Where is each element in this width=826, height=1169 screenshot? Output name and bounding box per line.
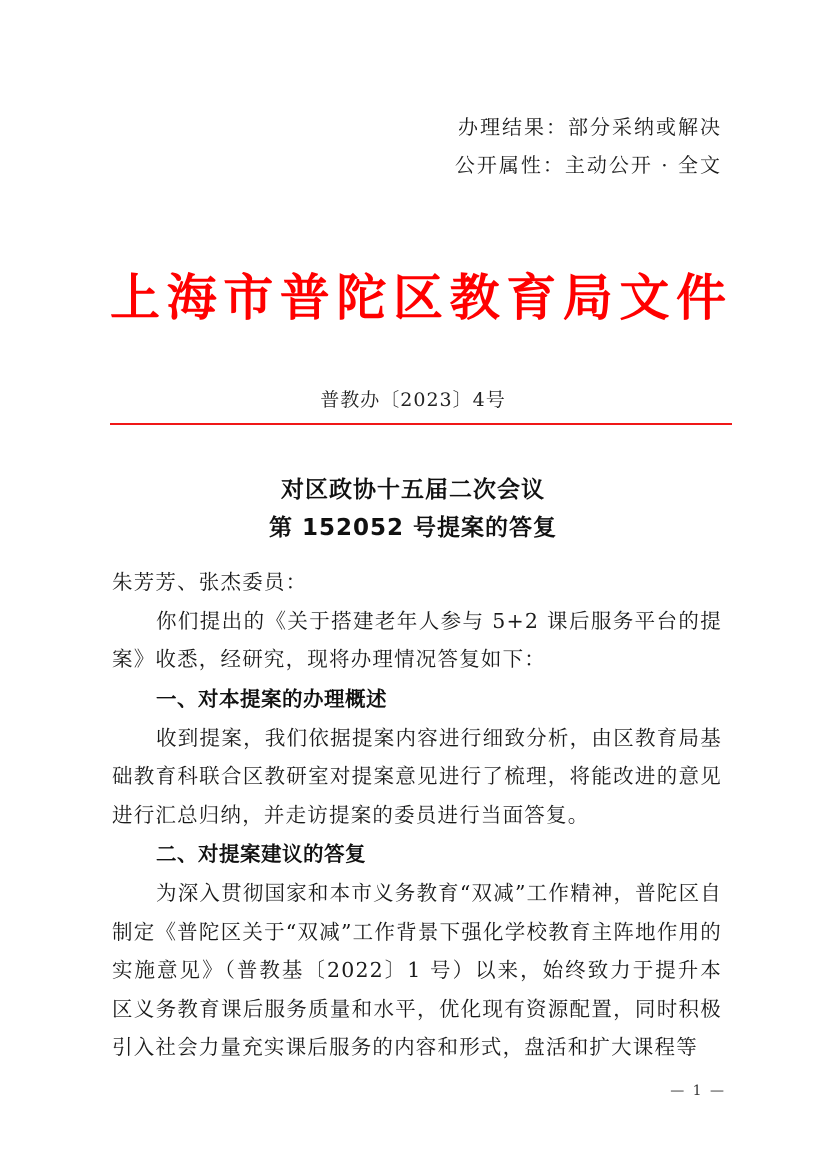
page-number: — 1 — bbox=[670, 1083, 726, 1099]
document-number: 普教办〔2023〕4号 bbox=[0, 385, 826, 412]
salutation: 朱芳芳、张杰委员： bbox=[112, 563, 722, 602]
subject-title-line2: 第 152052 号提案的答复 bbox=[0, 509, 826, 542]
red-divider bbox=[110, 423, 732, 425]
handling-result: 办理结果：部分采纳或解决 bbox=[458, 111, 722, 140]
subject-title-line1: 对区政协十五届二次会议 bbox=[0, 471, 826, 504]
document-header-title: 上海市普陀区教育局文件 bbox=[110, 266, 732, 330]
section-2-paragraph: 为深入贯彻国家和本市义务教育“双减”工作精神，普陀区自制定《普陀区关于“双减”工… bbox=[112, 874, 722, 1067]
disclosure-attribute: 公开属性：主动公开 · 全文 bbox=[455, 149, 722, 178]
section-heading-1: 一、对本提案的办理概述 bbox=[112, 679, 722, 719]
document-body: 朱芳芳、张杰委员： 你们提出的《关于搭建老年人参与 5+2 课后服务平台的提案》… bbox=[112, 563, 722, 1067]
section-heading-2: 二、对提案建议的答复 bbox=[112, 834, 722, 874]
intro-paragraph: 你们提出的《关于搭建老年人参与 5+2 课后服务平台的提案》收悉，经研究，现将办… bbox=[112, 602, 722, 679]
section-1-paragraph: 收到提案，我们依据提案内容进行细致分析，由区教育局基础教育科联合区教研室对提案意… bbox=[112, 719, 722, 835]
